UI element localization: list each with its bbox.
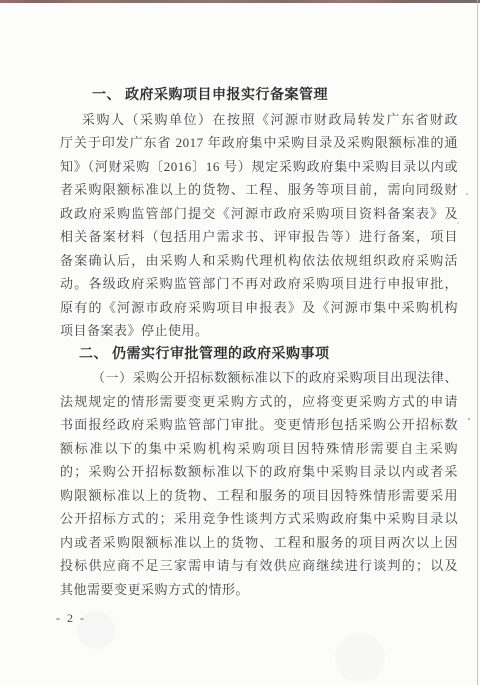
text-line: 动。各级政府采购监管部门不再对政府采购项目进行申报审批， xyxy=(60,272,458,296)
text-line: 知》（河财采购〔2016〕16 号）规定采购政府集中采购目录以内或 xyxy=(60,155,458,179)
section-heading: 一、 政府采购项目申报实行备案管理 xyxy=(60,84,458,108)
scan-speckle xyxy=(457,222,459,224)
text-line: 原有的《河源市政府采购项目申报表》及《河源市集中采购机构 xyxy=(60,296,458,320)
scanned-document-page: 一、 政府采购项目申报实行备案管理采购人（采购单位）在按照《河源市财政局转发广东… xyxy=(0,0,480,685)
text-line: 者采购限额标准以上的货物、工程、服务等项目前，需向同级财 xyxy=(60,178,458,202)
text-line: 投标供应商不足三家需申请与有效供应商继续进行谈判的；以及 xyxy=(60,554,458,578)
text-line: 采购人（采购单位）在按照《河源市财政局转发广东省财政 xyxy=(60,108,458,132)
text-line: 公开招标方式的；采用竞争性谈判方式采购政府集中采购目录以 xyxy=(60,507,458,531)
section-heading: 二、 仍需实行审批管理的政府采购事项 xyxy=(60,343,458,367)
text-line: 额标准以下的集中采购机构采购项目因特殊情形需要自主采购 xyxy=(60,437,458,461)
text-line: 其他需要变更采购方式的情形。 xyxy=(60,578,458,602)
text-line: （一）采购公开招标数额标准以下的政府采购项目出现法律、 xyxy=(60,366,458,390)
text-line: 相关备案材料（包括用户需求书、评审报告等）进行备案，项目 xyxy=(60,225,458,249)
text-line: 项目备案表》停止使用。 xyxy=(60,319,458,343)
text-line: 的；采购公开招标数额标准以下的政府集中采购目录以内或者采 xyxy=(60,460,458,484)
scan-edge-artifact-top xyxy=(0,0,480,3)
text-line: 厅关于印发广东省 2017 年政府集中采购目录及采购限额标准的通 xyxy=(60,131,458,155)
scan-speckle xyxy=(466,193,468,195)
text-line: 内或者采购限额标准以上的货物、工程和服务的项目两次以上因 xyxy=(60,531,458,555)
page-number: - 2 - xyxy=(56,611,86,626)
text-line: 书面报经政府采购监管部门审批。变更情形包括采购公开招标数 xyxy=(60,413,458,437)
document-body: 一、 政府采购项目申报实行备案管理采购人（采购单位）在按照《河源市财政局转发广东… xyxy=(60,84,458,601)
text-line: 购限额标准以上的货物、工程和服务的项目因特殊情形需要采用 xyxy=(60,484,458,508)
scan-edge-line-right xyxy=(477,0,478,685)
text-line: 备案确认后，由采购人和采购代理机构依法依规组织政府采购活 xyxy=(60,249,458,273)
scan-speckle xyxy=(468,418,470,420)
text-line: 法规规定的情形需要变更采购方式的，应将变更采购方式的申请 xyxy=(60,390,458,414)
text-line: 政政府采购监管部门提交《河源市政府采购项目资料备案表》及 xyxy=(60,202,458,226)
